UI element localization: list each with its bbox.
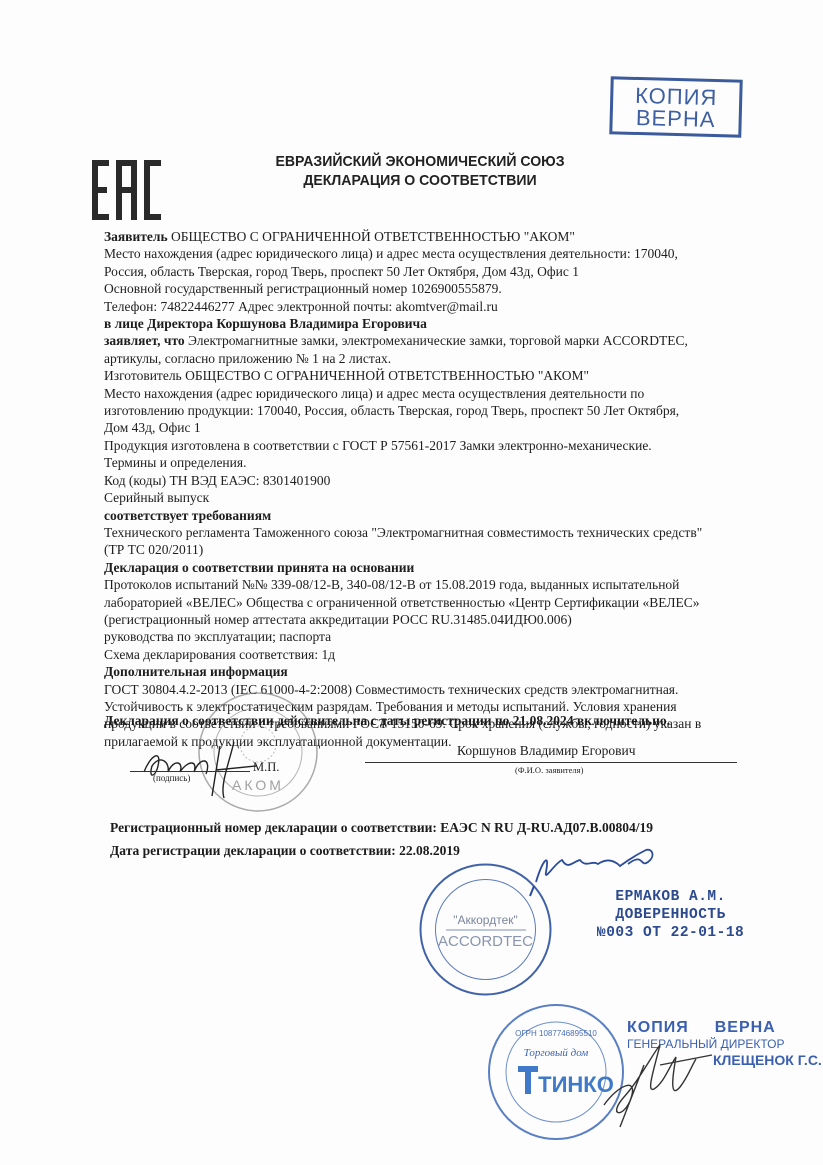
manufacturer-line: Изготовитель ОБЩЕСТВО С ОГРАНИЧЕННОЙ ОТВ…	[104, 367, 744, 384]
applicant-address-1: Место нахождения (адрес юридического лиц…	[104, 245, 744, 262]
manufacturer-address-2: изготовлению продукции: 170040, Россия, …	[104, 402, 744, 419]
signature-caption: (подпись)	[153, 773, 190, 783]
registration-number: Регистрационный номер декларации о соотв…	[110, 820, 653, 836]
director-name: КЛЕЩЕНОК Г.С.	[713, 1052, 822, 1068]
applicant-line: Заявитель ОБЩЕСТВО С ОГРАНИЧЕННОЙ ОТВЕТС…	[104, 228, 744, 245]
document-header: ЕВРАЗИЙСКИЙ ЭКОНОМИЧЕСКИЙ СОЮЗ ДЕКЛАРАЦИ…	[260, 152, 580, 190]
requirements-line-1: Технического регламента Таможенного союз…	[104, 524, 744, 541]
svg-text:ТИНКО: ТИНКО	[538, 1072, 614, 1097]
attorney-doc: ДОВЕРЕННОСТЬ	[597, 906, 744, 924]
svg-text:АКОМ: АКОМ	[232, 777, 284, 793]
tinko-seal-icon: ОГРН 1087746895510 Торговый дом ТИНКО	[486, 1002, 626, 1142]
manufacturer-address-3: Дом 43д, Офис 1	[104, 419, 744, 436]
basis-line-4: руководства по эксплуатации; паспорта	[104, 628, 744, 645]
svg-text:"Аккордтек": "Аккордтек"	[453, 913, 518, 927]
attorney-doc-number: №003 ОТ 22-01-18	[597, 924, 744, 942]
signer-name: Коршунов Владимир Егорович	[457, 743, 636, 759]
basis-line-1: Протоколов испытаний №№ 339-08/12-В, 340…	[104, 576, 744, 593]
applicant-label: Заявитель	[104, 229, 168, 244]
copy-certified-director-stamp: КОПИЯВЕРНА ГЕНЕРАЛЬНЫЙ ДИРЕКТОР КЛЕЩЕНОК…	[627, 1020, 822, 1068]
manufacturer-address-1: Место нахождения (адрес юридического лиц…	[104, 385, 744, 402]
requirements-label: соответствует требованиям	[104, 507, 744, 524]
copy-certified-stamp: КОПИЯ ВЕРНА	[609, 76, 742, 137]
director-position: ГЕНЕРАЛЬНЫЙ ДИРЕКТОР	[627, 1036, 822, 1052]
applicant-representative: в лице Директора Коршунова Владимира Его…	[104, 315, 744, 332]
svg-text:Торговый дом: Торговый дом	[524, 1047, 589, 1059]
applicant-ogrn: Основной государственный регистрационный…	[104, 280, 744, 297]
basis-label: Декларация о соответствии принята на осн…	[104, 559, 744, 576]
declares-product: Электромагнитные замки, электромеханичес…	[185, 333, 688, 348]
product-tn-ved: Код (коды) ТН ВЭД ЕАЭС: 8301401900	[104, 472, 744, 489]
basis-line-3: (регистрационный номер аттестата аккреди…	[104, 611, 744, 628]
attorney-name: ЕРМАКОВ А.М.	[597, 888, 744, 906]
svg-text:ACCORDTEC: ACCORDTEC	[438, 933, 533, 950]
product-release: Серийный выпуск	[104, 489, 744, 506]
header-declaration-title: ДЕКЛАРАЦИЯ О СООТВЕТСТВИИ	[260, 171, 580, 190]
product-standard-1: Продукция изготовлена в соответствии с Г…	[104, 437, 744, 454]
stamp-line-2: ВЕРНА	[612, 106, 739, 131]
declaration-page: КОПИЯ ВЕРНА ЕВРАЗИЙСКИ	[0, 0, 823, 1165]
declaration-scheme: Схема декларирования соответствия: 1д	[104, 646, 744, 663]
svg-text:ОГРН 1087746895510: ОГРН 1087746895510	[515, 1029, 597, 1038]
declares-articles: артикулы, согласно приложению № 1 на 2 л…	[104, 350, 744, 367]
additional-info-label: Дополнительная информация	[104, 663, 744, 680]
signature-line	[130, 771, 250, 772]
accordtec-seal-icon: "Аккордтек" ACCORDTEC	[418, 862, 553, 997]
certified-word: ВЕРНА	[715, 1019, 776, 1036]
name-caption: (Ф.И.О. заявителя)	[515, 765, 583, 775]
eac-mark-icon	[92, 160, 162, 222]
manufacturer-name: ОБЩЕСТВО С ОГРАНИЧЕННОЙ ОТВЕТСТВЕННОСТЬЮ…	[182, 368, 589, 383]
akom-seal-icon: АКОМ	[196, 690, 320, 814]
header-union-title: ЕВРАЗИЙСКИЙ ЭКОНОМИЧЕСКИЙ СОЮЗ	[260, 152, 580, 171]
basis-line-2: лабораторией «ВЕЛЕС» Общества с ограниче…	[104, 594, 744, 611]
product-standard-2: Термины и определения.	[104, 454, 744, 471]
manufacturer-label: Изготовитель	[104, 368, 182, 383]
declares-label: заявляет, что	[104, 333, 185, 348]
registration-date: Дата регистрации декларации о соответств…	[110, 843, 460, 859]
validity-statement: Декларация о соответствии действительна …	[104, 713, 670, 729]
attorney-stamp: ЕРМАКОВ А.М. ДОВЕРЕННОСТЬ №003 ОТ 22-01-…	[597, 888, 744, 942]
applicant-name: ОБЩЕСТВО С ОГРАНИЧЕННОЙ ОТВЕТСТВЕННОСТЬЮ…	[168, 229, 575, 244]
name-line	[365, 762, 737, 763]
declares-line: заявляет, что Электромагнитные замки, эл…	[104, 332, 744, 349]
applicant-address-2: Россия, область Тверская, город Тверь, п…	[104, 263, 744, 280]
copy-word: КОПИЯ	[627, 1019, 689, 1036]
applicant-contacts: Телефон: 74822446277 Адрес электронной п…	[104, 298, 744, 315]
requirements-line-2: (ТР ТС 020/2011)	[104, 541, 744, 558]
seal-place-label: М.П.	[253, 760, 279, 775]
declaration-body: Заявитель ОБЩЕСТВО С ОГРАНИЧЕННОЙ ОТВЕТС…	[104, 228, 744, 750]
